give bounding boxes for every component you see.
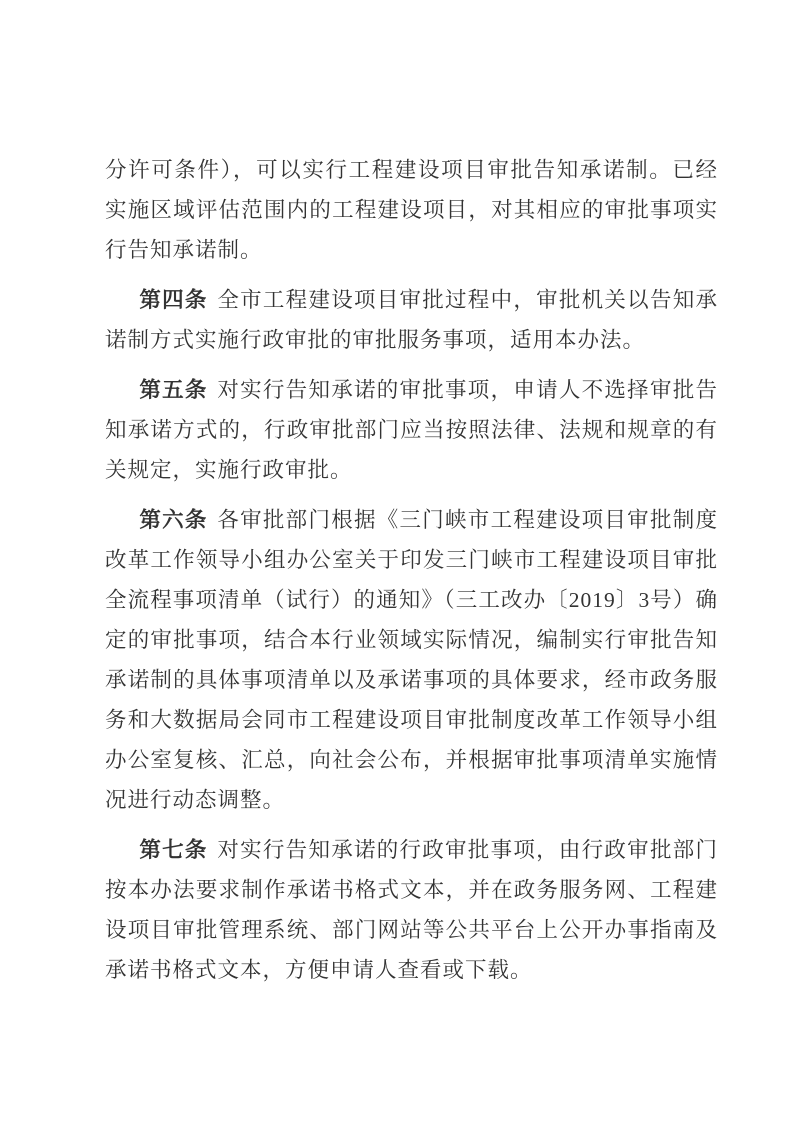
article-4-label: 第四条 <box>139 288 207 312</box>
paragraph-text: 各审批部门根据《三门峡市工程建设项目审批制度改革工作领导小组办公室关于印发三门峡… <box>105 508 718 812</box>
paragraph-continuation: 分许可条件），可以实行工程建设项目审批告知承诺制。已经实施区域评估范围内的工程建… <box>105 150 718 270</box>
article-5-label: 第五条 <box>139 378 207 402</box>
paragraph-article-7: 第七条对实行告知承诺的行政审批事项，由行政审批部门按本办法要求制作承诺书格式文本… <box>105 830 718 990</box>
paragraph-article-6: 第六条各审批部门根据《三门峡市工程建设项目审批制度改革工作领导小组办公室关于印发… <box>105 500 718 820</box>
document-body: 分许可条件），可以实行工程建设项目审批告知承诺制。已经实施区域评估范围内的工程建… <box>105 150 718 990</box>
paragraph-article-5: 第五条对实行告知承诺的审批事项，申请人不选择审批告知承诺方式的，行政审批部门应当… <box>105 370 718 490</box>
article-7-label: 第七条 <box>139 838 207 862</box>
document-page: 分许可条件），可以实行工程建设项目审批告知承诺制。已经实施区域评估范围内的工程建… <box>0 0 794 1122</box>
paragraph-text: 分许可条件），可以实行工程建设项目审批告知承诺制。已经实施区域评估范围内的工程建… <box>105 158 718 262</box>
paragraph-article-4: 第四条全市工程建设项目审批过程中，审批机关以告知承诺制方式实施行政审批的审批服务… <box>105 280 718 360</box>
article-6-label: 第六条 <box>139 508 207 532</box>
